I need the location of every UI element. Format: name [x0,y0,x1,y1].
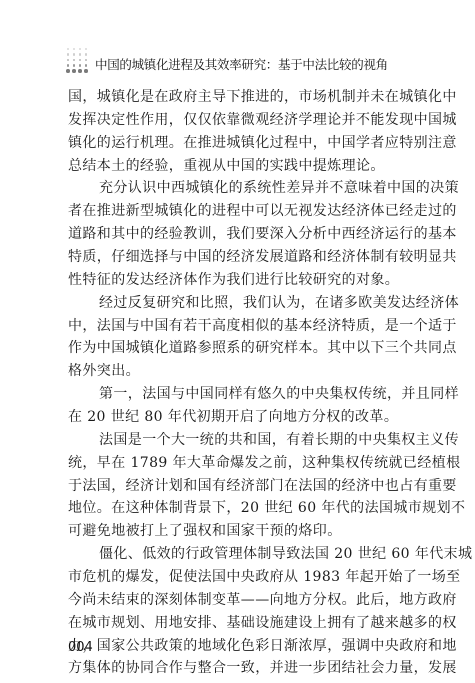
text-line: 中，法国与中国有若干高度相似的基本经济特质，是一个适于 [68,315,430,338]
text-line: 充分认识中西城镇化的系统性差异并不意味着中国的决策 [68,177,430,200]
text-line: 第一，法国与中国同样有悠久的中央集权传统，并且同样 [68,383,430,406]
body-text: 国，城镇化是在政府主导下推进的，市场机制并未在城镇化中发挥决定性作用，仅仅依靠微… [68,86,430,680]
text-line: 性特征的发达经济体作为我们进行比较研究的对象。 [68,269,430,292]
text-line: 力，国家公共政策的地域化色彩日渐浓厚，强调中央政府和地 [68,635,430,658]
text-line: 在城市规划、用地安排、基础设施建设上拥有了越来越多的权 [68,612,430,635]
text-line: 经过反复研究和比照，我们认为，在诸多欧美发达经济体 [68,292,430,315]
text-line: 法国是一个大一统的共和国，有着长期的中央集权主义传 [68,429,430,452]
text-line: 格外突出。 [68,360,430,383]
text-line: 今尚未结束的深刻体制变革——向地方分权。此后，地方政府 [68,589,430,612]
dot-grid-icon [66,47,88,73]
text-line: 方集体的协同合作与整合一致，并进一步团结社会力量，发展 [68,657,430,680]
text-line: 者在推进新型城镇化的进程中可以无视发达经济体已经走过的 [68,200,430,223]
page-number: 004 [68,640,93,655]
text-line: 于法国，经济计划和国有经济部门在法国的经济中也占有重要 [68,475,430,498]
text-line: 作为中国城镇化道路参照系的研究样本。其中以下三个共同点 [68,337,430,360]
text-line: 在 20 世纪 80 年代初期开启了向地方分权的改革。 [68,406,430,429]
text-line: 发挥决定性作用，仅仅依靠微观经济学理论并不能发现中国城 [68,109,430,132]
text-line: 统，早在 1789 年大革命爆发之前，这种集权传统就已经植根 [68,452,430,475]
text-line: 镇化的运行机理。在推进城镇化过程中，中国学者应特别注意 [68,132,430,155]
text-line: 可避免地被打上了强权和国家干预的烙印。 [68,520,430,543]
text-line: 地位。在这种体制背景下，20 世纪 60 年代的法国城市规划不 [68,497,430,520]
book-title: 中国的城镇化进程及其效率研究：基于中法比较的视角 [95,55,388,73]
text-line: 国，城镇化是在政府主导下推进的，市场机制并未在城镇化中 [68,86,430,109]
text-line: 特质，仔细选择与中国的经济发展道路和经济体制有较明显共 [68,246,430,269]
text-line: 道路和其中的经验教训，我们要深入分析中西经济运行的基本 [68,223,430,246]
text-line: 市危机的爆发，促使法国中央政府从 1983 年起开始了一场至 [68,566,430,589]
text-line: 僵化、低效的行政管理体制导致法国 20 世纪 60 年代末城 [68,543,430,566]
text-line: 总结本土的经验，重视从中国的实践中提炼理论。 [68,155,430,178]
